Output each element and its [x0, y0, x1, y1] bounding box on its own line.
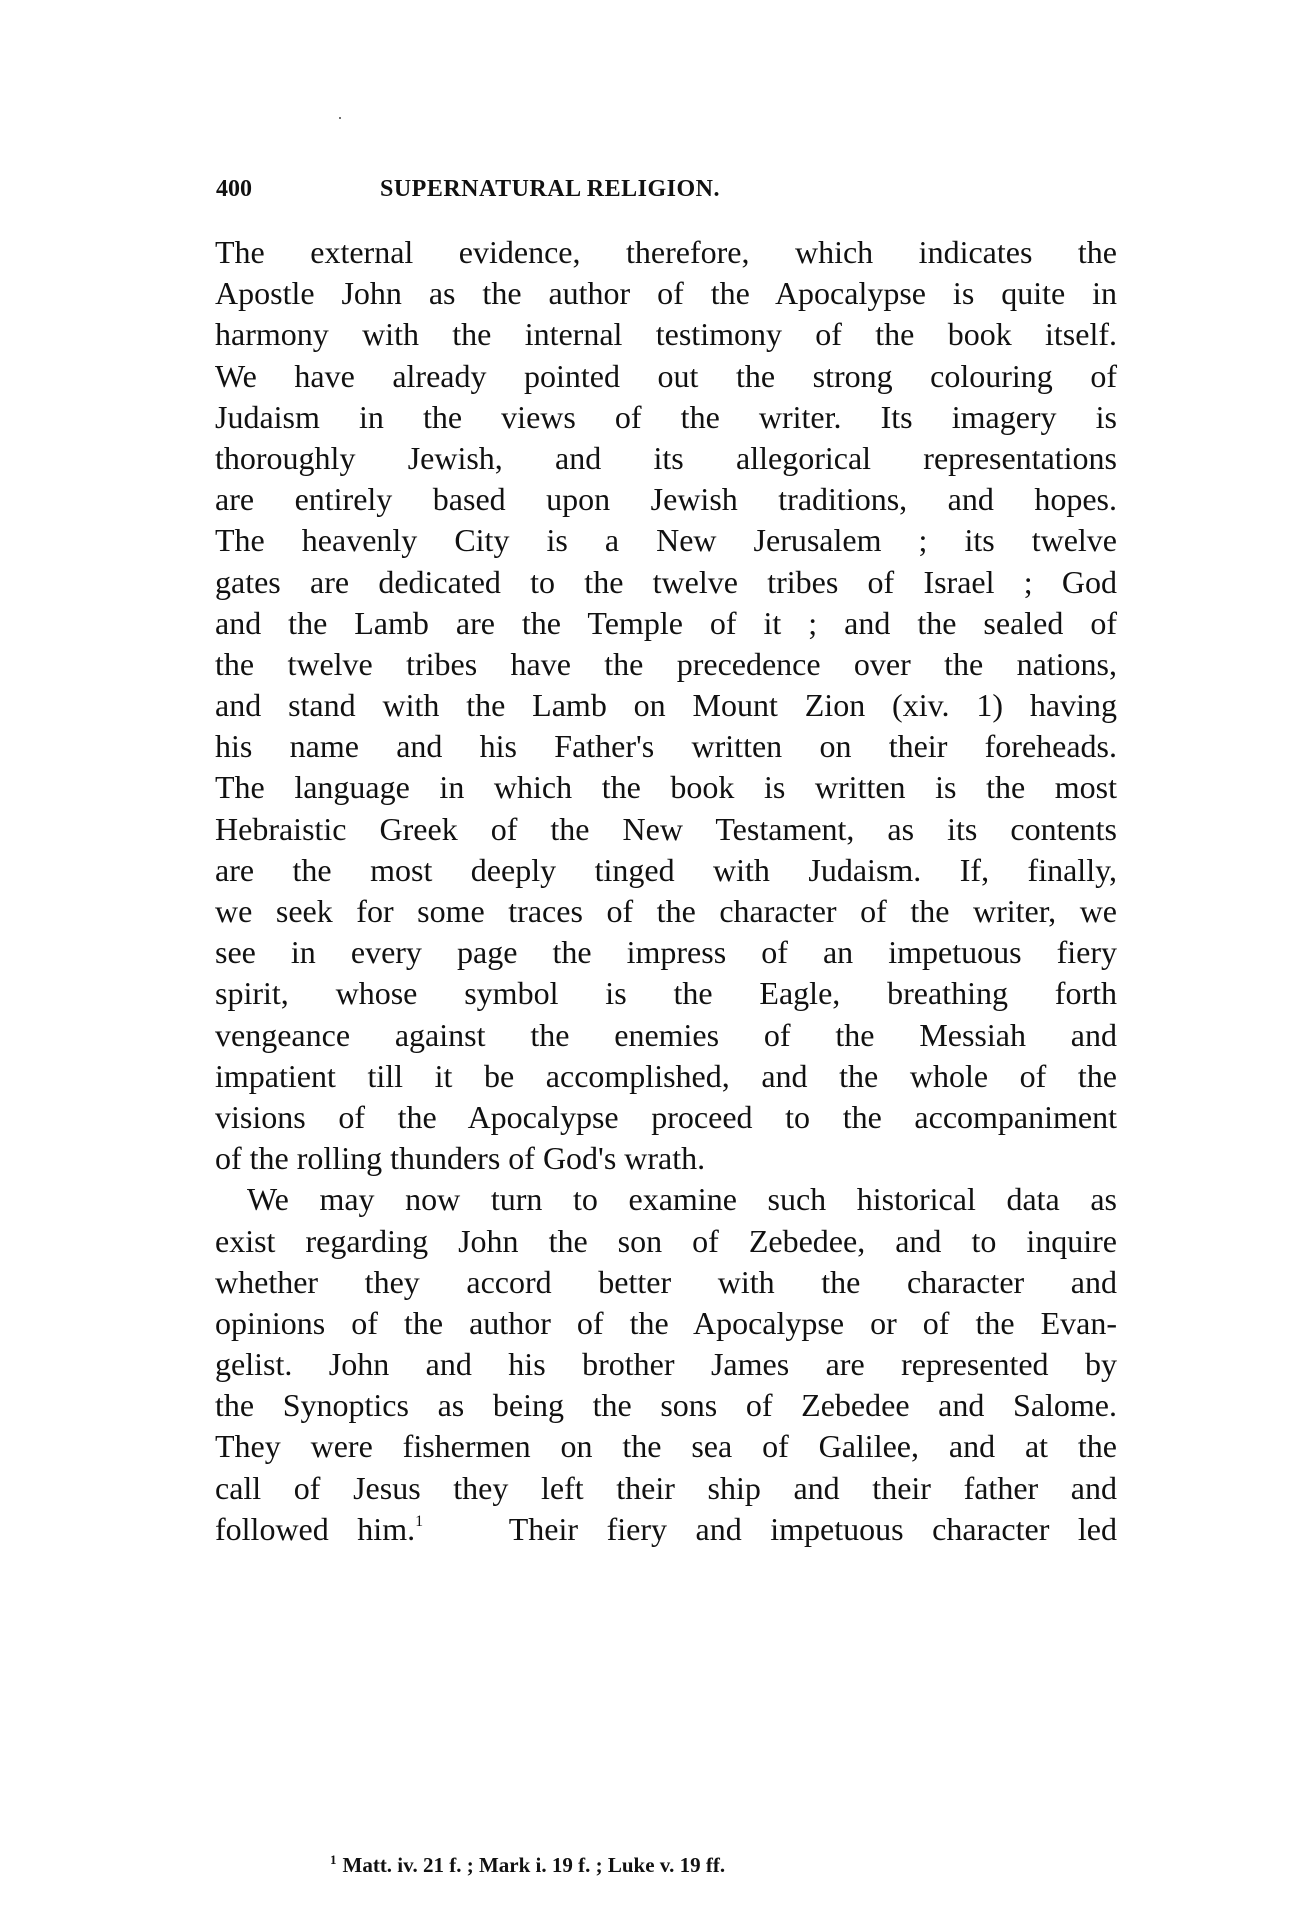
text-line: call of Jesus they left their ship and t… — [215, 1468, 1117, 1509]
running-head: 400 SUPERNATURAL RELIGION. — [0, 176, 1292, 216]
text-segment: Their fiery and impetuous character led — [509, 1511, 1117, 1547]
text-line: The external evidence, therefore, which … — [215, 232, 1117, 273]
text-line: and the Lamb are the Temple of it ; and … — [215, 603, 1117, 644]
text-line: They were fishermen on the sea of Galile… — [215, 1426, 1117, 1467]
text-line: the Synoptics as being the sons of Zebed… — [215, 1385, 1117, 1426]
text-line: Hebraistic Greek of the New Testament, a… — [215, 809, 1117, 850]
text-line: Judaism in the views of the writer. Its … — [215, 397, 1117, 438]
text-line: opinions of the author of the Apocalypse… — [215, 1303, 1117, 1344]
text-line: gates are dedicated to the twelve tribes… — [215, 562, 1117, 603]
text-line: we seek for some traces of the character… — [215, 891, 1117, 932]
text-line: his name and his Father's written on the… — [215, 726, 1117, 767]
text-line: and stand with the Lamb on Mount Zion (x… — [215, 685, 1117, 726]
text-line: We have already pointed out the strong c… — [215, 356, 1117, 397]
text-line: gelist. John and his brother James are r… — [215, 1344, 1117, 1385]
body-text: The external evidence, therefore, which … — [215, 232, 1117, 1550]
footnote-reference[interactable]: 1 — [415, 1513, 423, 1530]
text-segment: followed him. — [215, 1511, 415, 1547]
footnote: 1Matt. iv. 21 f. ; Mark i. 19 f. ; Luke … — [330, 1852, 725, 1878]
text-line: visions of the Apocalypse proceed to the… — [215, 1097, 1117, 1138]
text-line: are entirely based upon Jewish tradition… — [215, 479, 1117, 520]
text-line: are the most deeply tinged with Judaism.… — [215, 850, 1117, 891]
text-line: The language in which the book is writte… — [215, 767, 1117, 808]
text-line: spirit, whose symbol is the Eagle, breat… — [215, 973, 1117, 1014]
footnote-text: Matt. iv. 21 f. ; Mark i. 19 f. ; Luke v… — [343, 1853, 726, 1877]
scan-speck — [339, 117, 341, 119]
text-line: impatient till it be accomplished, and t… — [215, 1056, 1117, 1097]
page-number: 400 — [216, 176, 252, 203]
text-line: the twelve tribes have the precedence ov… — [215, 644, 1117, 685]
text-line: exist regarding John the son of Zebedee,… — [215, 1221, 1117, 1262]
text-line: thoroughly Jewish, and its allegorical r… — [215, 438, 1117, 479]
text-line: vengeance against the enemies of the Mes… — [215, 1015, 1117, 1056]
text-line: followed him.1 Their fiery and impetuous… — [215, 1509, 1117, 1550]
footnote-marker: 1 — [330, 1852, 337, 1867]
text-line: whether they accord better with the char… — [215, 1262, 1117, 1303]
text-line: The heavenly City is a New Jerusalem ; i… — [215, 520, 1117, 561]
text-line: see in every page the impress of an impe… — [215, 932, 1117, 973]
text-line: harmony with the internal testimony of t… — [215, 314, 1117, 355]
running-title: SUPERNATURAL RELIGION. — [380, 176, 720, 203]
text-line: of the rolling thunders of God's wrath. — [215, 1138, 1117, 1179]
text-line: We may now turn to examine such historic… — [215, 1179, 1117, 1220]
text-line: Apostle John as the author of the Apocal… — [215, 273, 1117, 314]
